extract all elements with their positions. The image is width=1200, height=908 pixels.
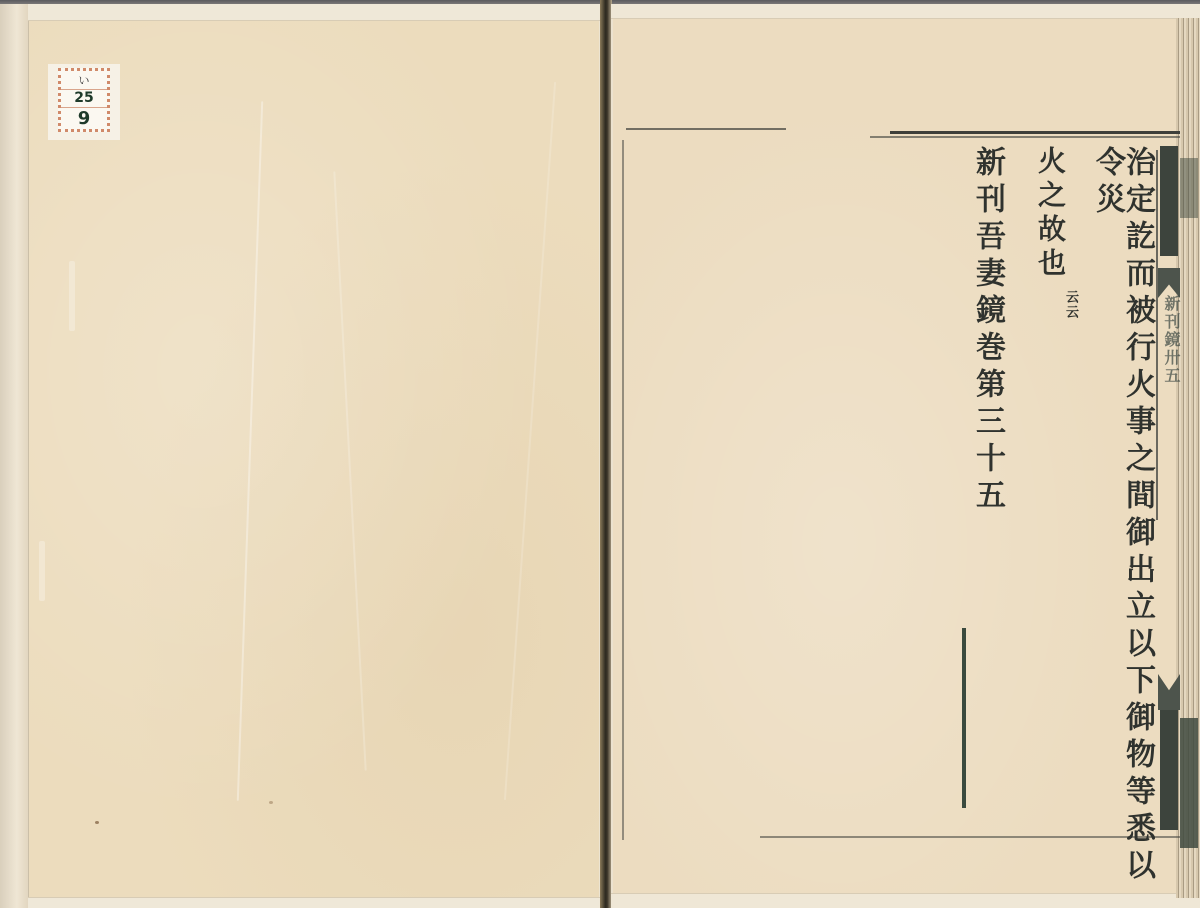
paper-crease bbox=[237, 101, 263, 801]
label-number-2: 9 bbox=[61, 108, 107, 129]
label-kana: い bbox=[61, 71, 107, 90]
center-column-rule bbox=[1156, 150, 1158, 520]
right-page-top-edge bbox=[611, 4, 1200, 19]
label-frame: い 25 9 bbox=[58, 68, 110, 132]
ink-spot bbox=[95, 821, 99, 824]
left-page-edge bbox=[0, 4, 29, 908]
text-column-main: 治定訖而被行火事之間御出立以下御物等悉以令災 bbox=[1092, 146, 1152, 908]
paper-crease bbox=[333, 171, 366, 770]
page-edges-stack bbox=[1176, 18, 1200, 898]
column-rule-fragment bbox=[962, 628, 966, 808]
call-number-label: い 25 9 bbox=[48, 64, 120, 140]
left-page-top-edge bbox=[28, 4, 605, 21]
fishtail-block bbox=[1160, 710, 1178, 830]
text-column-second: 火之故也 bbox=[1036, 146, 1064, 282]
book-spread: い 25 9 治定訖而被行火事之間御出立以下御物等悉以令災 火之故也 云云 新刊… bbox=[0, 0, 1200, 908]
stack-ink-mark bbox=[1180, 718, 1198, 848]
frame-top-rule bbox=[626, 128, 786, 130]
left-page: い 25 9 bbox=[0, 4, 605, 908]
frame-left-rule bbox=[622, 140, 624, 840]
paper-crease bbox=[504, 82, 556, 800]
frame-top-rule-inner bbox=[870, 136, 1180, 138]
left-page-paper bbox=[29, 21, 599, 897]
volume-title: 新刊吾妻鏡巻第三十五 bbox=[972, 146, 1002, 516]
small-note: 云云 bbox=[1064, 290, 1077, 320]
left-page-bottom-edge bbox=[28, 897, 605, 908]
paper-tear bbox=[69, 261, 75, 331]
paper-tear bbox=[39, 541, 45, 601]
fishtail-block bbox=[1160, 146, 1178, 256]
stack-ink-mark bbox=[1180, 158, 1198, 218]
ink-spot bbox=[269, 801, 273, 804]
margin-label: 新刊鏡卅五 bbox=[1163, 295, 1179, 385]
label-number-1: 25 bbox=[61, 90, 107, 109]
frame-top-rule bbox=[890, 131, 1180, 134]
